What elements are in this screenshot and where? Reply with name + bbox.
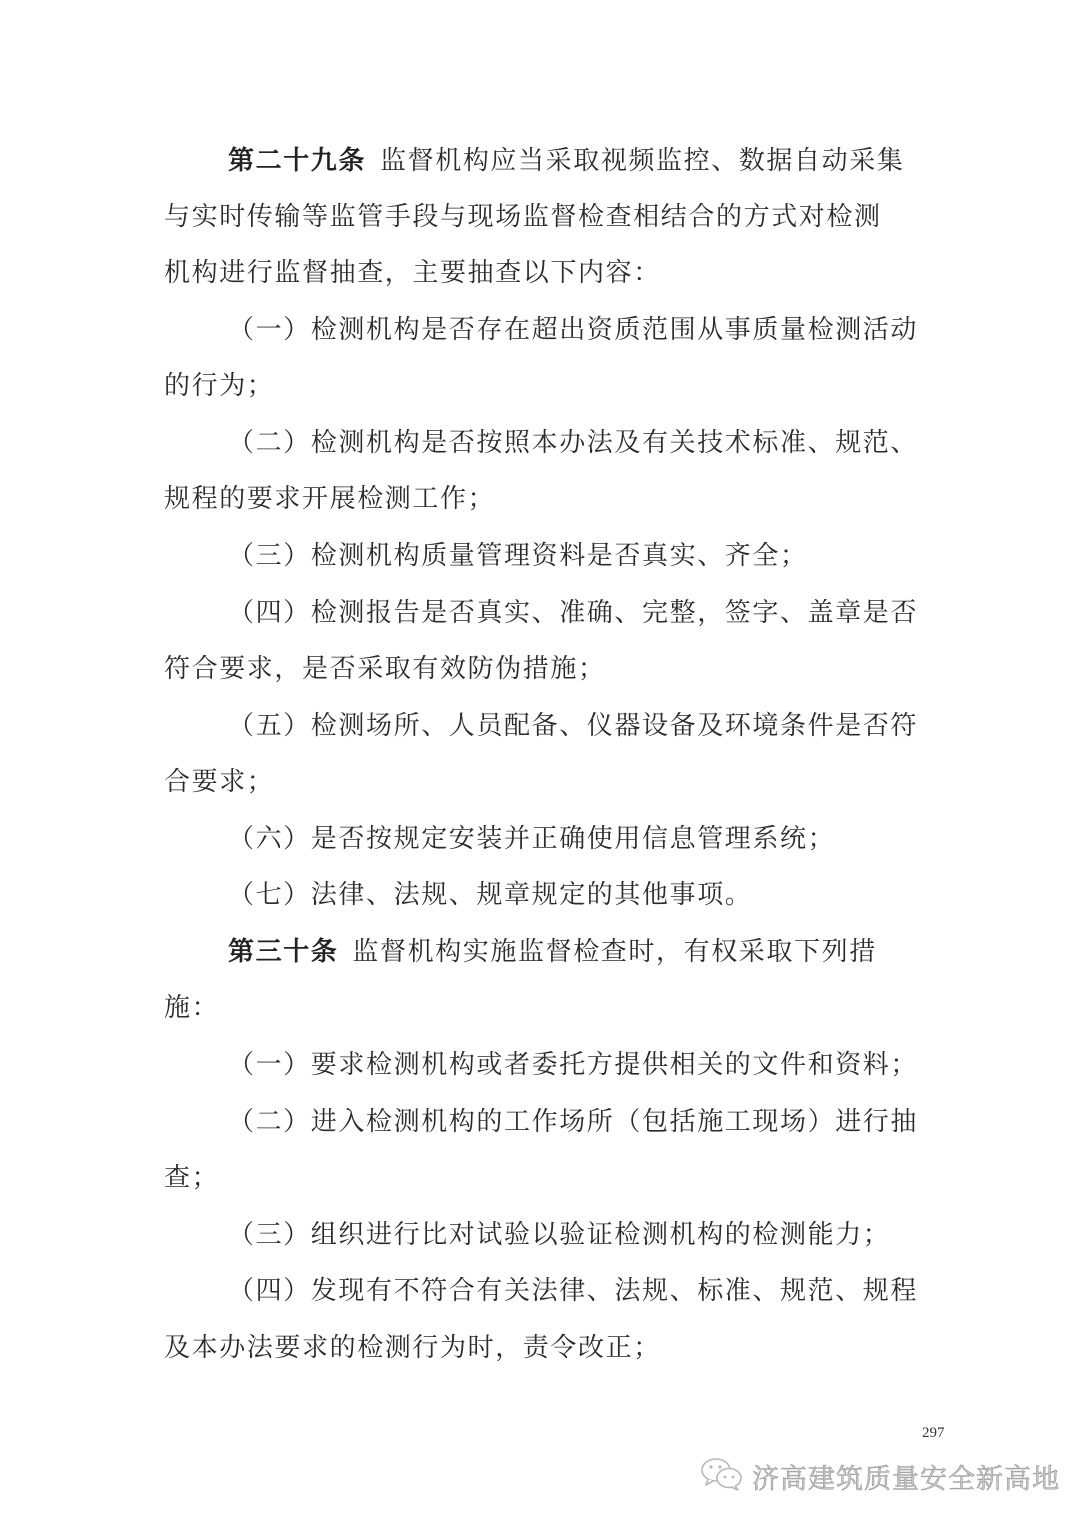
watermark-text: 济高建筑质量安全新高地 <box>752 1457 1060 1496</box>
watermark: 济高建筑质量安全新高地 <box>700 1456 1060 1496</box>
article-29-line-3: 机构进行监督抽查，主要抽查以下内容： <box>164 257 924 289</box>
article-30-line-2: 施： <box>164 992 924 1024</box>
article-30-heading: 第三十条 <box>228 937 338 967</box>
article-29-item-2-line-2: 规程的要求开展检测工作； <box>164 483 924 515</box>
article-29-heading: 第二十九条 <box>228 146 366 176</box>
article-29-item-1-line-2: 的行为； <box>164 370 924 402</box>
article-29-line-1: 第二十九条监督机构应当采取视频监控、数据自动采集 <box>228 145 988 177</box>
article-30-item-4-line-1: （四）发现有不符合有关法律、法规、标准、规范、规程 <box>228 1275 988 1307</box>
article-29-item-5-line-2: 合要求； <box>164 766 924 798</box>
article-29-item-2-line-1: （二）检测机构是否按照本办法及有关技术标准、规范、 <box>228 427 988 459</box>
article-29-item-3: （三）检测机构质量管理资料是否真实、齐全； <box>228 540 988 572</box>
article-29-item-4-line-1: （四）检测报告是否真实、准确、完整，签字、盖章是否 <box>228 597 988 629</box>
article-29-item-1-line-1: （一）检测机构是否存在超出资质范围从事质量检测活动 <box>228 314 988 346</box>
article-29-item-7: （七）法律、法规、规章规定的其他事项。 <box>228 879 988 911</box>
article-30-line-1: 第三十条监督机构实施监督检查时，有权采取下列措 <box>228 936 988 968</box>
article-30-item-2-line-2: 查； <box>164 1162 924 1194</box>
article-29-item-6: （六）是否按规定安装并正确使用信息管理系统； <box>228 823 988 855</box>
article-30-item-1: （一）要求检测机构或者委托方提供相关的文件和资料； <box>228 1049 988 1081</box>
article-30-item-2-line-1: （二）进入检测机构的工作场所（包括施工现场）进行抽 <box>228 1106 988 1138</box>
document-page: 第二十九条监督机构应当采取视频监控、数据自动采集 与实时传输等监管手段与现场监督… <box>0 0 1080 1527</box>
article-29-item-5-line-1: （五）检测场所、人员配备、仪器设备及环境条件是否符 <box>228 710 988 742</box>
article-29-item-4-line-2: 符合要求，是否采取有效防伪措施； <box>164 653 924 685</box>
article-30-item-4-line-2: 及本办法要求的检测行为时，责令改正； <box>164 1332 924 1364</box>
wechat-icon <box>700 1456 744 1496</box>
article-29-line-2: 与实时传输等监管手段与现场监督检查相结合的方式对检测 <box>164 201 924 233</box>
article-30-item-3: （三）组织进行比对试验以验证检测机构的检测能力； <box>228 1219 988 1251</box>
page-number: 297 <box>922 1425 945 1442</box>
